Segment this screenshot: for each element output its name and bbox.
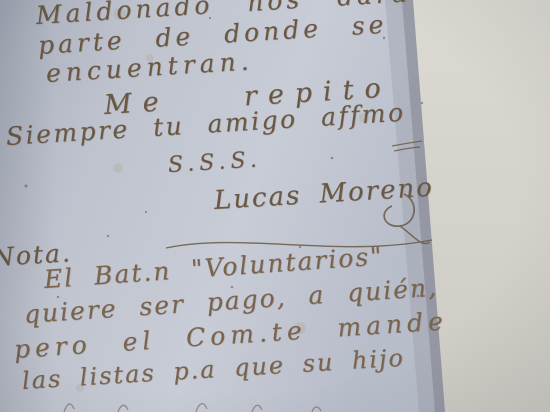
letter-photo: Maldonado nos dara parte de donde se enc… (0, 0, 550, 412)
